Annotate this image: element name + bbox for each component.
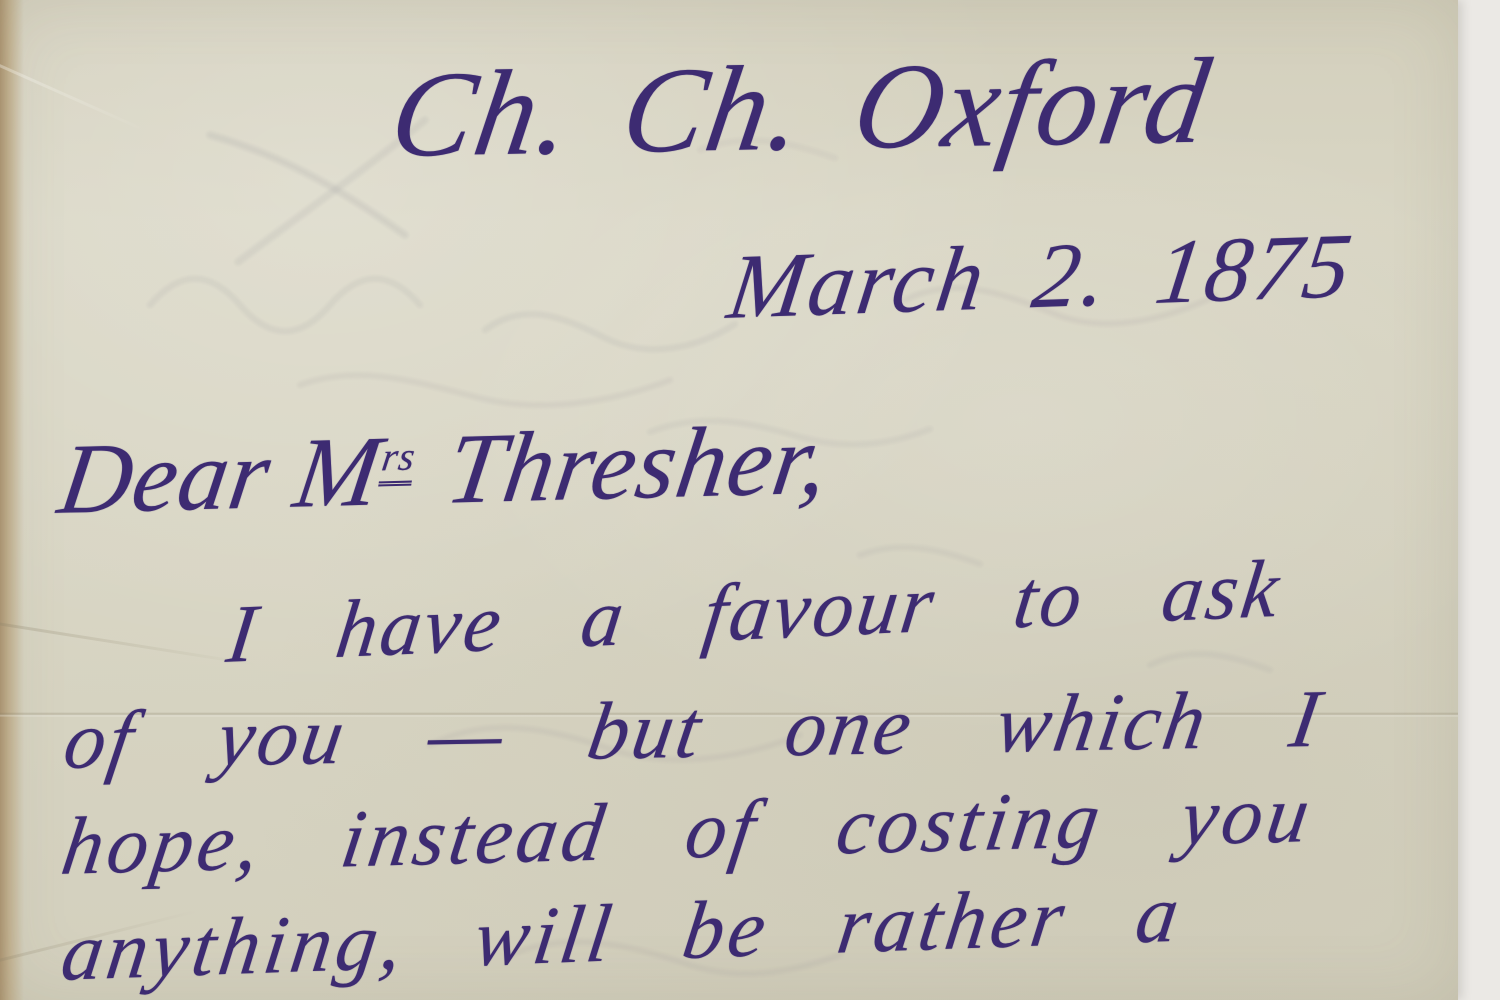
letter-heading-date: March 2. 1875 [722,212,1360,340]
letter-heading-place: Ch. Ch. Oxford [382,31,1220,186]
paper-crease [0,621,257,666]
letter-salutation: Dear MrsThresher, [52,401,837,537]
salutation-superscript: rs [378,433,419,486]
paper-crease [0,61,147,133]
salutation-prefix: Dear M [52,415,388,535]
salutation-name: Thresher, [440,403,837,524]
letter-photo: Ch. Ch. Oxford March 2. 1875 Dear MrsThr… [0,0,1500,1000]
